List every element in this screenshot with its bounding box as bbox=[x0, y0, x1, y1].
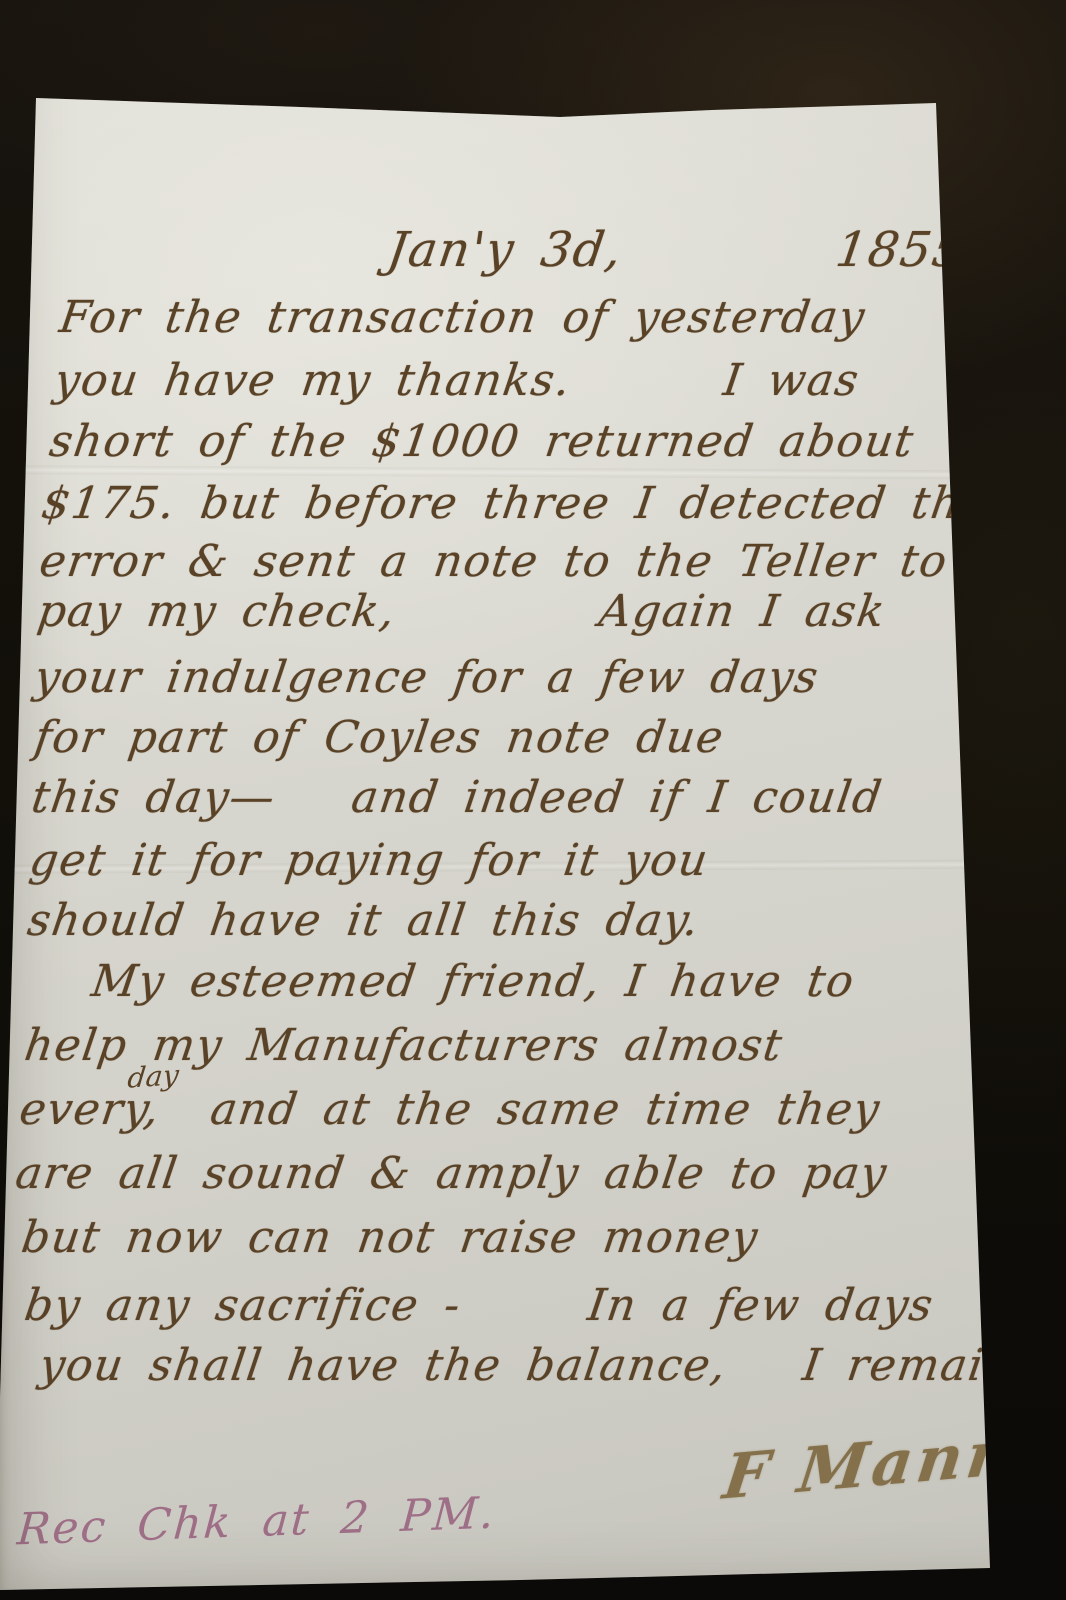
letter-paper: Jan'y 3d, 1855 — For the transaction of … bbox=[0, 0, 1066, 1600]
letter-line: My esteemed friend, I have to bbox=[88, 956, 858, 1007]
letter-line: $175. but before three I detected the bbox=[38, 478, 992, 529]
letter-line: short of the $1000 returned about bbox=[46, 416, 917, 467]
signature: F Mann bbox=[719, 1416, 1021, 1514]
letter-line: For the transaction of yesterday bbox=[56, 292, 868, 343]
letter-line: but now can not raise money bbox=[18, 1212, 761, 1263]
letter-line: pay my check, Again I ask bbox=[34, 586, 889, 637]
letter-line: you shall have the balance, I remain bbox=[36, 1340, 1017, 1391]
letter-line: are all sound & amply able to pay bbox=[12, 1148, 890, 1199]
inserted-word-above-line: day bbox=[126, 1058, 180, 1094]
letter-line: your indulgence for a few days bbox=[31, 652, 822, 703]
letter-line: you have my thanks. I was bbox=[51, 355, 862, 406]
letter-line: get it for paying for it you bbox=[26, 835, 712, 886]
letter-line: for part of Coyles note due bbox=[31, 712, 727, 763]
clerk-annotation: Rec Chk at 2 PM. bbox=[15, 1488, 497, 1556]
letter-line: this day— and indeed if I could bbox=[28, 772, 885, 823]
letter-line: should have it all this day. bbox=[24, 895, 703, 946]
letter-date: Jan'y 3d, 1855 — bbox=[384, 222, 1045, 278]
letter-line: error & sent a note to the Teller to bbox=[36, 536, 951, 587]
photograph-of-letter: Jan'y 3d, 1855 — For the transaction of … bbox=[0, 0, 1066, 1600]
letter-line: by any sacrifice - In a few days bbox=[21, 1280, 937, 1331]
